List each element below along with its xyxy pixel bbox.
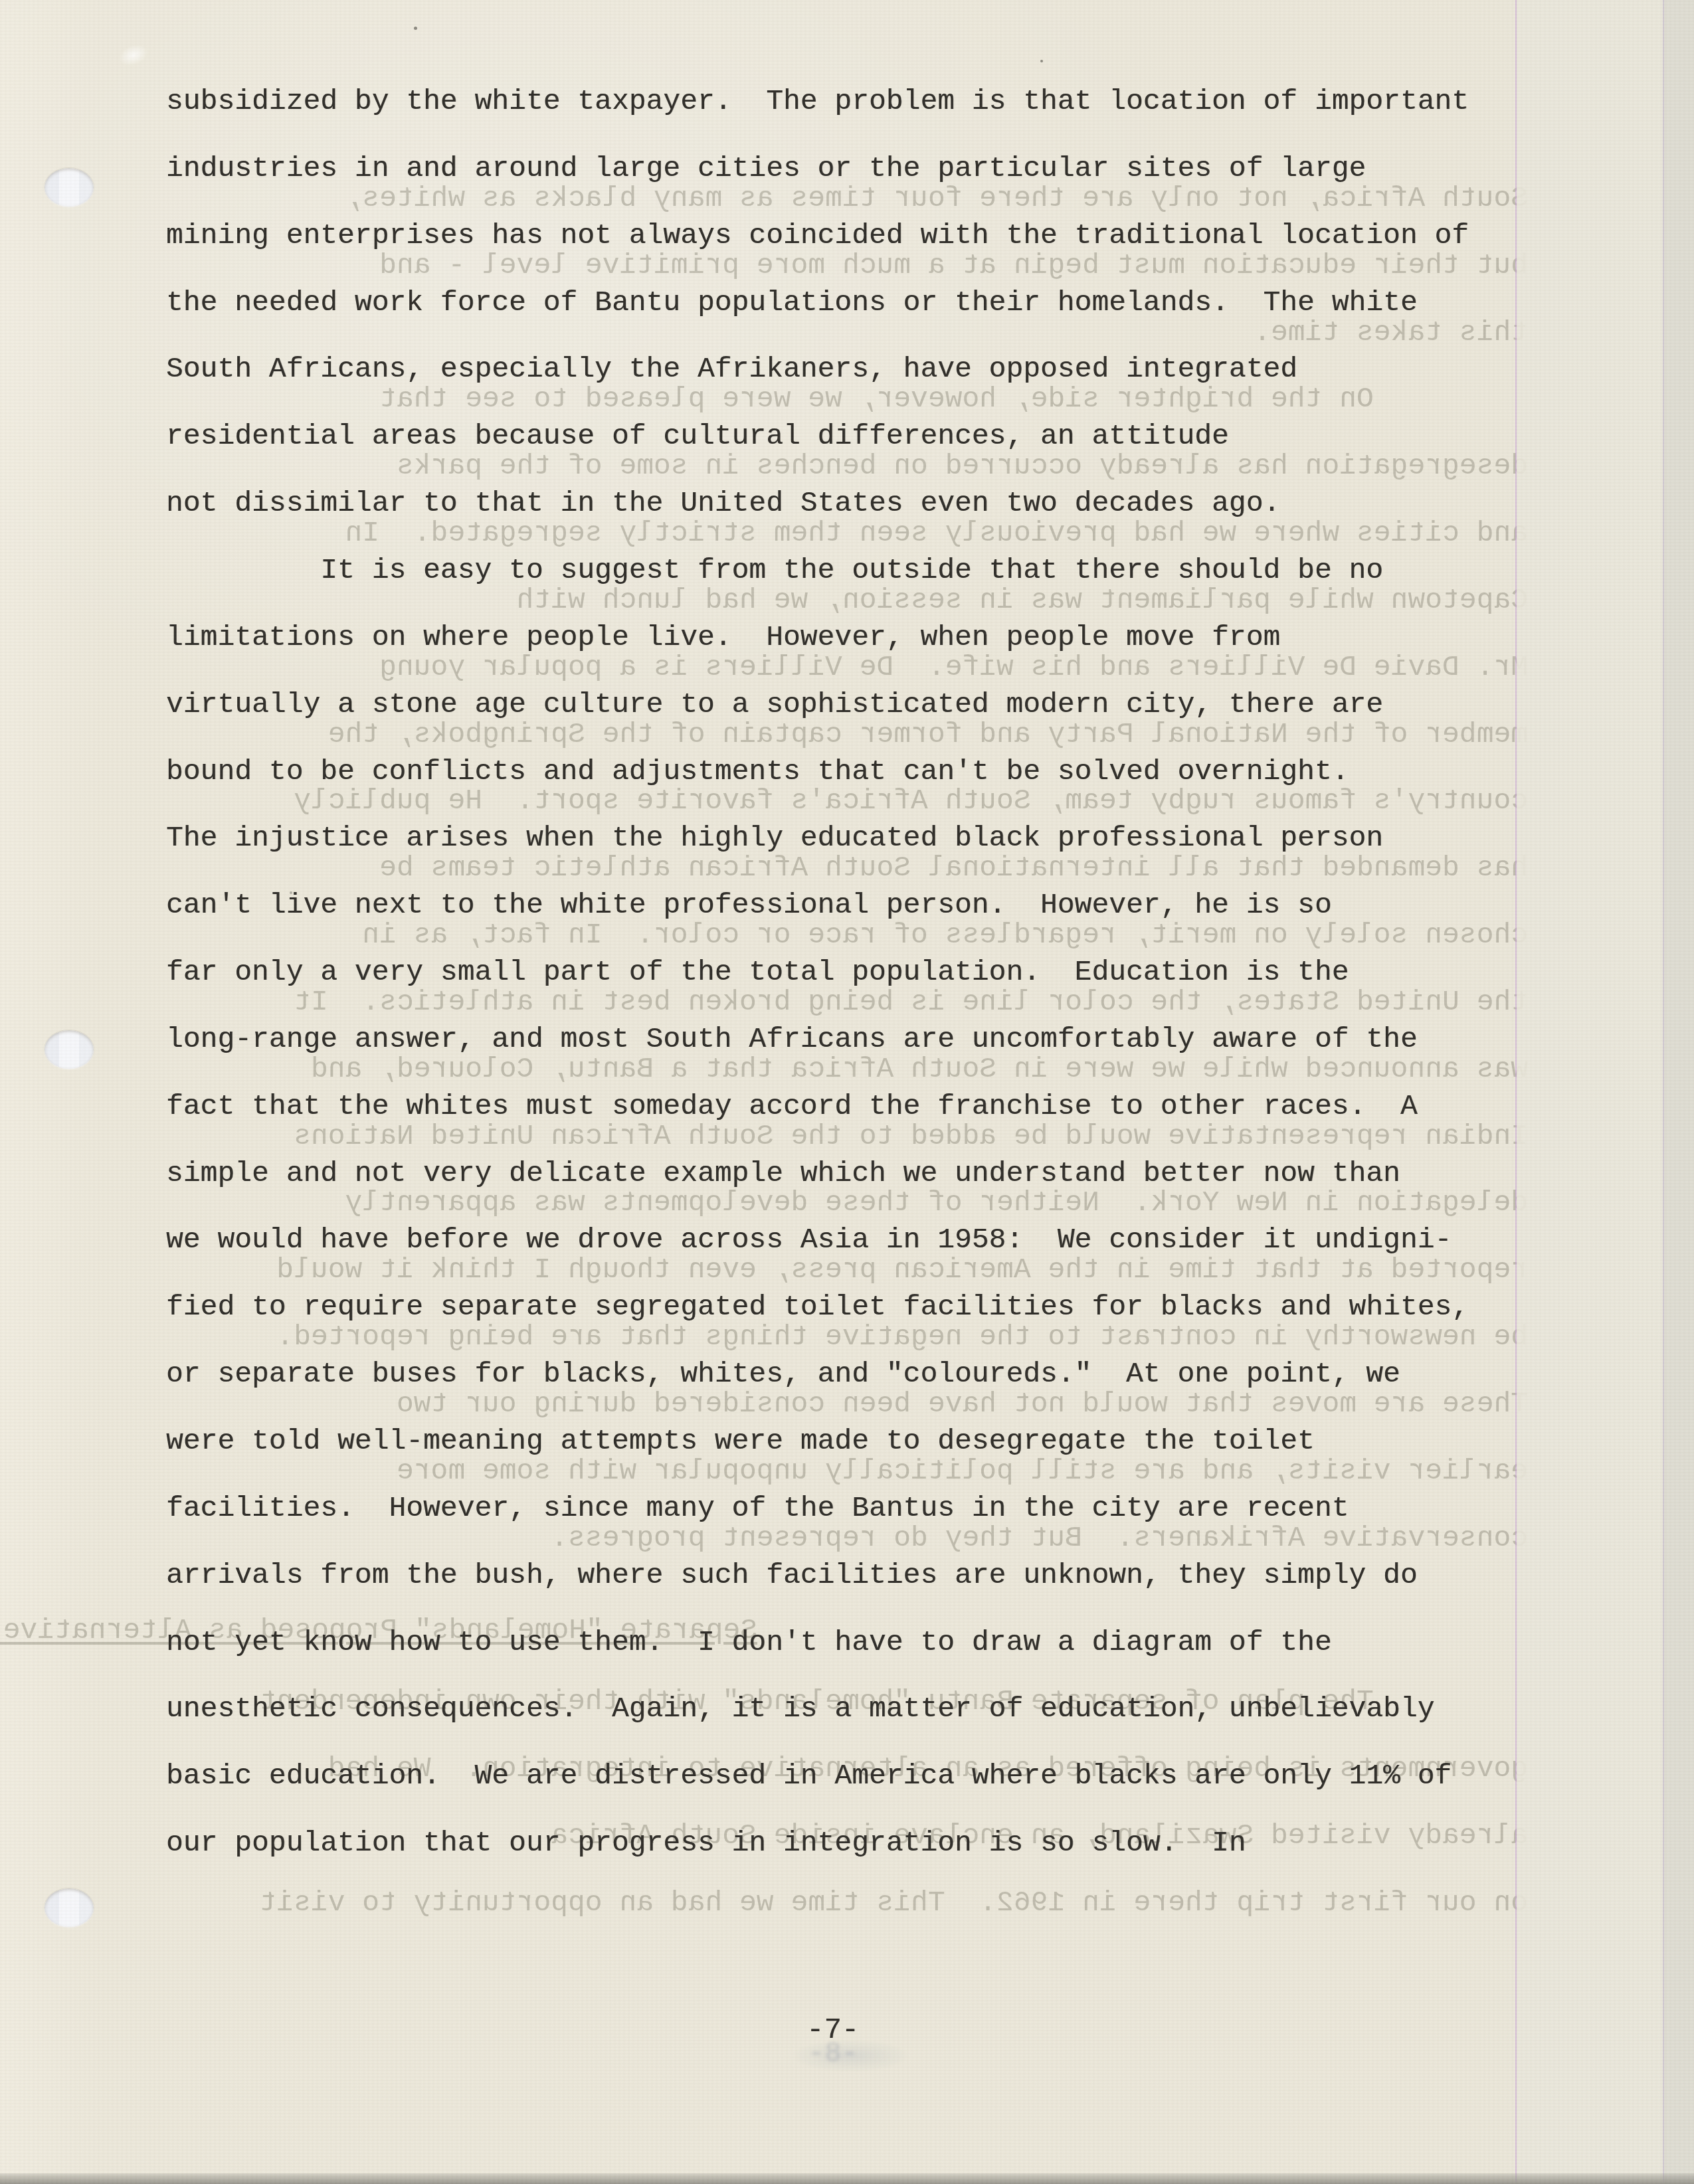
punch-hole-bottom bbox=[45, 1888, 94, 1927]
paper-crease bbox=[116, 41, 151, 70]
ghost-page-number-bleed: -8- bbox=[808, 2038, 858, 2070]
paper-speck bbox=[1040, 60, 1043, 62]
typed-line: South Africans, especially the Afrikaner… bbox=[166, 353, 1297, 386]
paper-speck bbox=[414, 27, 417, 30]
bleedthrough-line: earlier visits, and are still politicall… bbox=[397, 1455, 1528, 1488]
bleedthrough-line: Mr. Davie De Villiers and his wife. De V… bbox=[379, 651, 1528, 684]
bleedthrough-line: was announced while we were in South Afr… bbox=[311, 1053, 1528, 1086]
typed-line: far only a very small part of the total … bbox=[166, 956, 1349, 989]
bleedthrough-line: On the brighter side, however, we were p… bbox=[379, 383, 1528, 416]
bleedthrough-line: but their education must begin at a much… bbox=[379, 249, 1528, 282]
typed-line: fact that the whites must someday accord… bbox=[166, 1090, 1418, 1123]
typed-line: we would have before we drove across Asi… bbox=[166, 1224, 1452, 1257]
bleedthrough-line: Capetown while parliament was in session… bbox=[517, 584, 1528, 617]
bleedthrough-line: and cities where we had previously seen … bbox=[345, 517, 1529, 550]
typed-line: facilities. However, since many of the B… bbox=[166, 1492, 1349, 1525]
bleedthrough-line: the United States, the color line is bei… bbox=[294, 986, 1528, 1019]
typed-line: The injustice arises when the highly edu… bbox=[166, 822, 1383, 855]
bleedthrough-line: delegation in New York. Neither of these… bbox=[345, 1186, 1529, 1220]
paper-speck bbox=[290, 891, 292, 894]
document-page: South Africa, not only are there four ti… bbox=[0, 0, 1694, 2184]
typed-line: basic education. We are distressed in Am… bbox=[166, 1760, 1452, 1793]
typed-line: unesthetic consequences. Again, it is a … bbox=[166, 1692, 1435, 1726]
typed-line: residential areas because of cultural di… bbox=[166, 420, 1229, 453]
typed-line: not dissimilar to that in the United Sta… bbox=[166, 487, 1280, 520]
bleedthrough-line: South Africa, not only are there four ti… bbox=[345, 182, 1529, 215]
bleedthrough-line: this takes time. bbox=[1254, 316, 1528, 349]
typed-line: or separate buses for blacks, whites, an… bbox=[166, 1358, 1400, 1391]
typed-line: mining enterprises has not always coinci… bbox=[166, 219, 1469, 252]
scan-bottom-edge bbox=[0, 2173, 1694, 2184]
bleedthrough-line: conservative Afrikaners. But they do rep… bbox=[551, 1522, 1528, 1555]
typed-line: long-range answer, and most South Africa… bbox=[166, 1023, 1418, 1056]
typed-line: can't live next to the white professiona… bbox=[166, 889, 1332, 922]
bleedthrough-line: has demanded that all international Sout… bbox=[379, 852, 1528, 885]
punch-hole-middle bbox=[45, 1030, 94, 1069]
typed-line: virtually a stone age culture to a sophi… bbox=[166, 688, 1383, 721]
typed-line: It is easy to suggest from the outside t… bbox=[166, 554, 1383, 587]
bleedthrough-line: on our first trip there in 1962. This ti… bbox=[259, 1886, 1528, 1920]
bleedthrough-line: Indian representative would be added to … bbox=[294, 1120, 1528, 1153]
scan-edge-line bbox=[1515, 0, 1517, 2184]
bleedthrough-line: member of the National Party and former … bbox=[328, 718, 1528, 751]
bleedthrough-line: These are moves that would not have been… bbox=[397, 1388, 1528, 1421]
bleedthrough-line: reported at that time in the American pr… bbox=[276, 1253, 1528, 1287]
typed-line: bound to be conflicts and adjustments th… bbox=[166, 755, 1349, 788]
bleedthrough-line: be newsworthy in contrast to the negativ… bbox=[276, 1320, 1528, 1354]
typed-line: the needed work force of Bantu populatio… bbox=[166, 286, 1418, 319]
bleedthrough-line: country's famous rugby team, South Afric… bbox=[294, 784, 1528, 818]
typed-line: our population that our progress in inte… bbox=[166, 1827, 1246, 1860]
typed-line: industries in and around large cities or… bbox=[166, 152, 1366, 185]
typed-line: fied to require separate segregated toil… bbox=[166, 1291, 1469, 1324]
bleedthrough-line: desegregation has already occurred on be… bbox=[397, 450, 1528, 483]
typed-line: simple and not very delicate example whi… bbox=[166, 1157, 1400, 1190]
typed-line: arrivals from the bush, where such facil… bbox=[166, 1559, 1418, 1592]
punch-hole-top bbox=[45, 168, 94, 207]
typed-line: not yet know how to use them. I don't ha… bbox=[166, 1626, 1332, 1659]
typed-line: limitations on where people live. Howeve… bbox=[166, 621, 1280, 654]
scan-edge-line-2 bbox=[1663, 0, 1664, 2184]
typed-line: subsidized by the white taxpayer. The pr… bbox=[166, 85, 1469, 118]
bleedthrough-line: chosen solely on merit, regardless of ra… bbox=[362, 919, 1528, 952]
scan-right-edge bbox=[1517, 0, 1694, 2184]
typed-line: were told well-meaning attempts were mad… bbox=[166, 1425, 1315, 1458]
